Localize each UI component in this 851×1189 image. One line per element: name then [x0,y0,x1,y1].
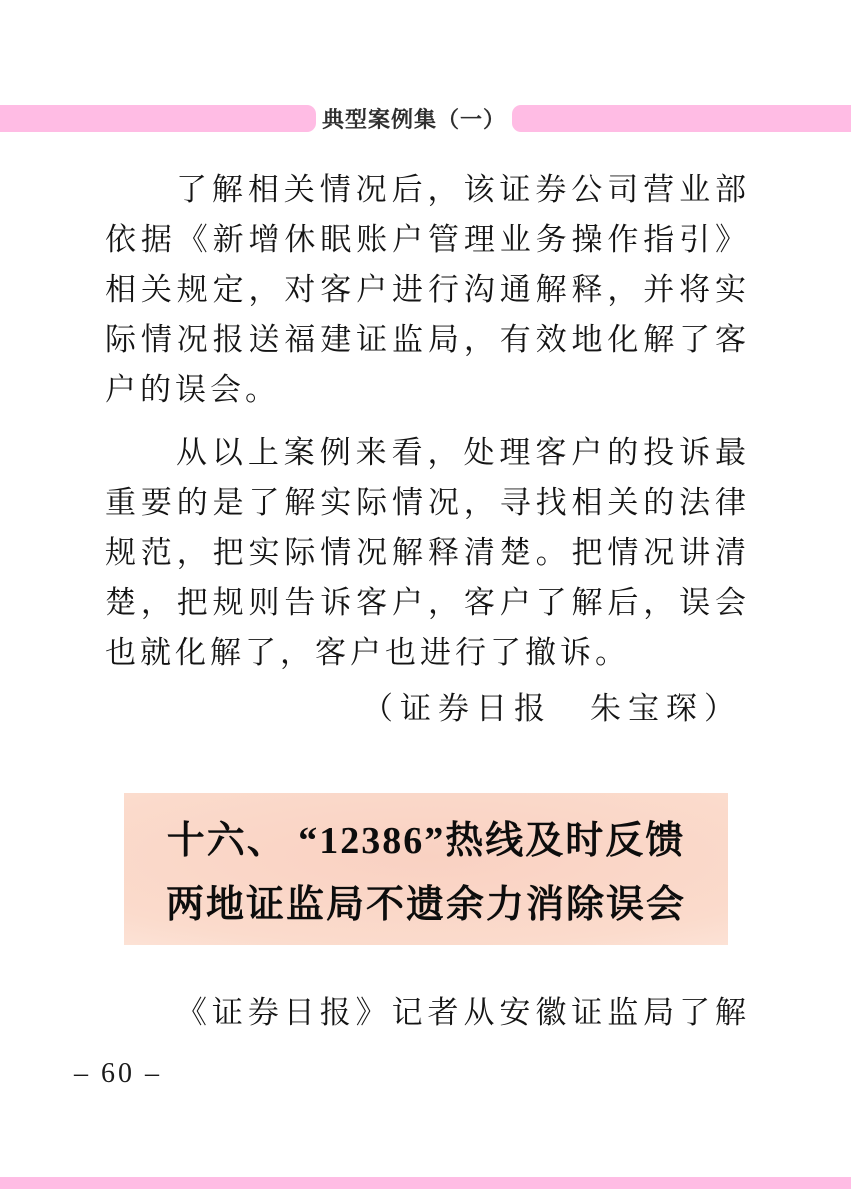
paragraph-line: 楚，把规则告诉客户，客户了解后，误会 [105,578,746,628]
header-band-left [0,105,316,132]
paragraph-line: 相关规定，对客户进行沟通解释，并将实 [105,265,746,315]
paragraph-line: 际情况报送福建证监局，有效地化解了客 [105,315,746,365]
running-head: 典型案例集（一） [0,105,851,132]
page-number: – 60 – [74,1058,162,1090]
book-page: { "header": { "title": "典型案例集（一）" }, "bo… [0,0,851,1189]
paragraph-line: 规范，把实际情况解释清楚。把情况讲清 [105,528,746,578]
running-head-title: 典型案例集（一） [316,103,512,134]
paragraph-line: 了解相关情况后，该证券公司营业部 [105,165,746,215]
paragraph-line: 依据《新增休眠账户管理业务操作指引》 [105,215,746,265]
next-paragraph: 《证券日报》记者从安徽证监局了解 [105,988,746,1038]
body-text: 了解相关情况后，该证券公司营业部 依据《新增休眠账户管理业务操作指引》 相关规定… [105,165,746,734]
paragraph-line: 户的误会。 [105,365,746,415]
footer-band [0,1177,851,1189]
paragraph-line: 重要的是了解实际情况，寻找相关的法律 [105,478,746,528]
source-attribution: （证券日报 朱宝琛） [105,684,746,734]
paragraph-1: 了解相关情况后，该证券公司营业部 依据《新增休眠账户管理业务操作指引》 相关规定… [105,165,746,415]
section-heading-line-2: 两地证监局不遗余力消除误会 [124,873,728,937]
paragraph-line: 也就化解了，客户也进行了撤诉。 [105,628,746,678]
paragraph-line: 从以上案例来看，处理客户的投诉最 [105,428,746,478]
section-heading: 十六、 “12386”热线及时反馈 两地证监局不遗余力消除误会 [124,793,728,945]
paragraph-line: 《证券日报》记者从安徽证监局了解 [105,988,746,1038]
paragraph-2: 从以上案例来看，处理客户的投诉最 重要的是了解实际情况，寻找相关的法律 规范，把… [105,428,746,678]
section-heading-line-1: 十六、 “12386”热线及时反馈 [124,809,728,873]
header-band-right [512,105,851,132]
